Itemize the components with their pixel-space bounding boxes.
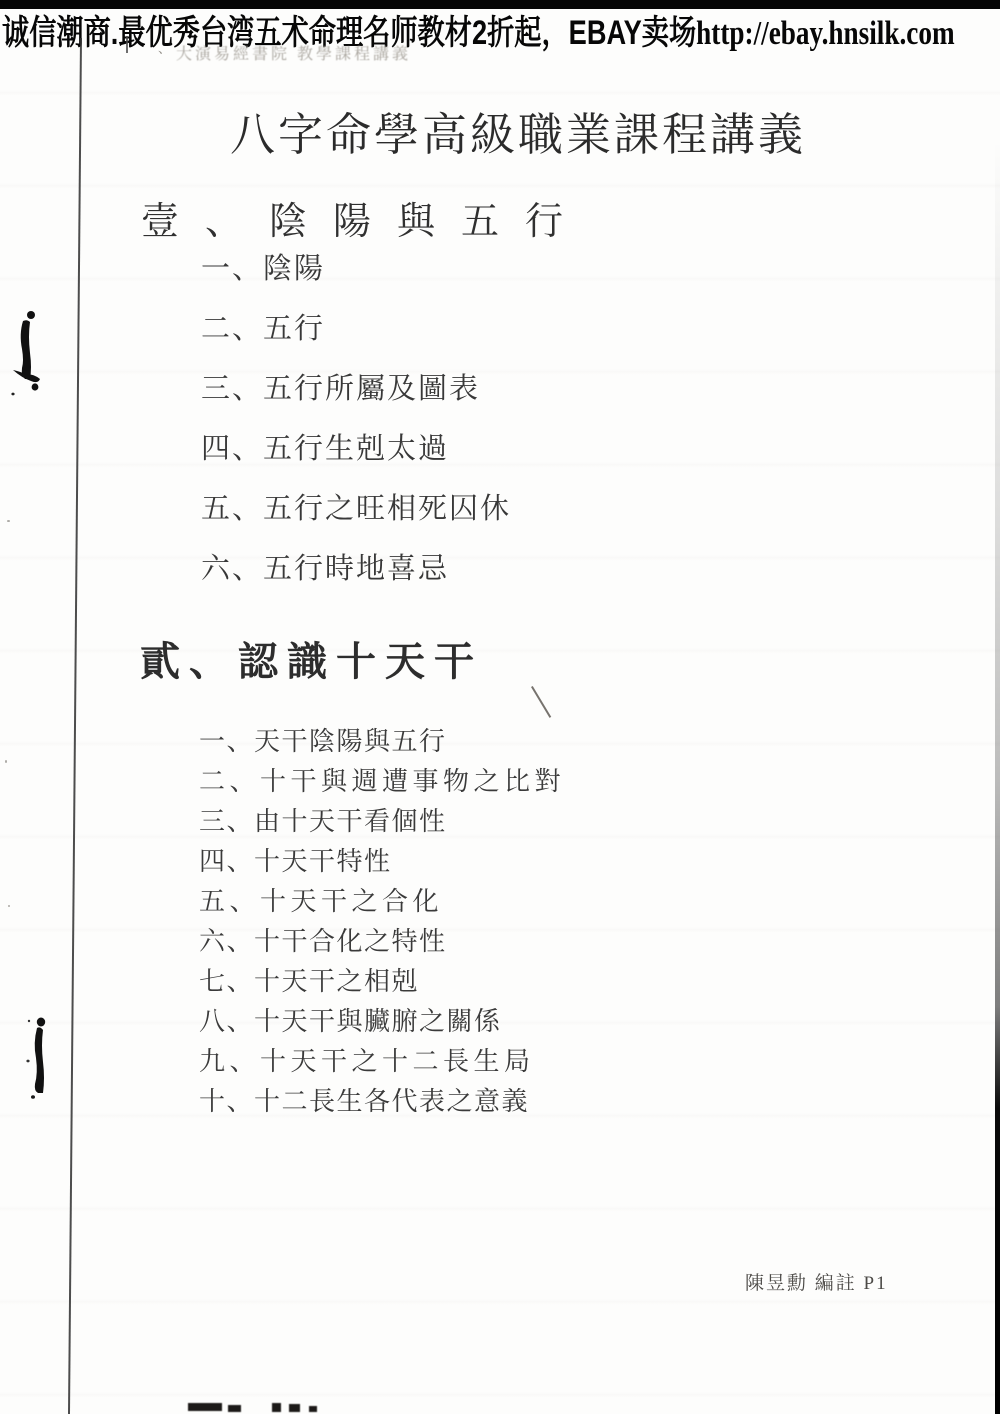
running-head: 大演易經書院 教學課程講義 xyxy=(176,41,411,64)
toc-item: 八、十天干與臟腑之關係 xyxy=(199,1008,565,1035)
scan-dash-mark xyxy=(126,36,128,53)
scan-smudge xyxy=(309,1406,317,1412)
toc-item: 三、由十天干看個性 xyxy=(199,808,565,835)
page-title: 八字命學高級職業課程講義 xyxy=(230,98,806,163)
scan-speck xyxy=(8,905,10,907)
ink-blob-lower xyxy=(26,1012,54,1102)
toc-item: 十、十二長生各代表之意義 xyxy=(199,1088,565,1115)
scan-speck xyxy=(7,520,10,522)
toc-item: 九、十天干之十二長生局 xyxy=(199,1048,565,1075)
toc-item: 一、天干陰陽與五行 xyxy=(199,728,565,755)
scan-smudge xyxy=(289,1404,300,1412)
promo-banner-url: http://ebay.hnsilk.com xyxy=(696,15,954,52)
page-footer: 陳昱勳 編註 P1 xyxy=(745,1268,888,1295)
scan-smudge xyxy=(188,1403,222,1411)
promo-banner: 诚信潮商.最优秀台湾五术命理名师教材2折起，EBAY卖场http://ebay.… xyxy=(2,5,955,54)
section-2-heading: 貳、認識十天干 xyxy=(140,630,483,687)
toc-item: 六、十干合化之特性 xyxy=(199,928,565,955)
toc-item: 六、五行時地喜忌 xyxy=(201,554,511,584)
ink-blob-upper xyxy=(10,308,46,400)
toc-item: 二、十干與週遭事物之比對 xyxy=(199,768,565,795)
toc-item: 五、十天干之合化 xyxy=(199,888,565,915)
toc-item: 一、陰陽 xyxy=(201,254,511,284)
scanned-document-page: 诚信潮商.最优秀台湾五术命理名师教材2折起，EBAY卖场http://ebay.… xyxy=(0,0,1000,1414)
toc-item: 四、五行生剋太過 xyxy=(201,434,511,464)
section-2-list: 一、天干陰陽與五行 二、十干與週遭事物之比對 三、由十天干看個性 四、十天干特性… xyxy=(199,728,565,1128)
running-head-tick: 、 xyxy=(158,38,171,57)
scan-speck xyxy=(5,760,7,763)
scan-scratch-line xyxy=(531,686,551,718)
toc-item: 四、十天干特性 xyxy=(199,848,565,875)
toc-item: 五、五行之旺相死囚休 xyxy=(201,494,511,524)
scan-smudge xyxy=(272,1403,281,1412)
toc-item: 七、十天干之相剋 xyxy=(199,968,565,995)
section-1-heading: 壹、陰陽與五行 xyxy=(141,190,589,245)
toc-item: 二、五行 xyxy=(201,314,511,344)
scan-smudge xyxy=(228,1405,241,1412)
toc-item: 三、五行所屬及圖表 xyxy=(201,374,511,404)
section-1-list: 一、陰陽 二、五行 三、五行所屬及圖表 四、五行生剋太過 五、五行之旺相死囚休 … xyxy=(201,254,511,614)
scan-vertical-line xyxy=(68,38,82,1414)
scan-right-edge-shadow xyxy=(995,140,1000,1414)
